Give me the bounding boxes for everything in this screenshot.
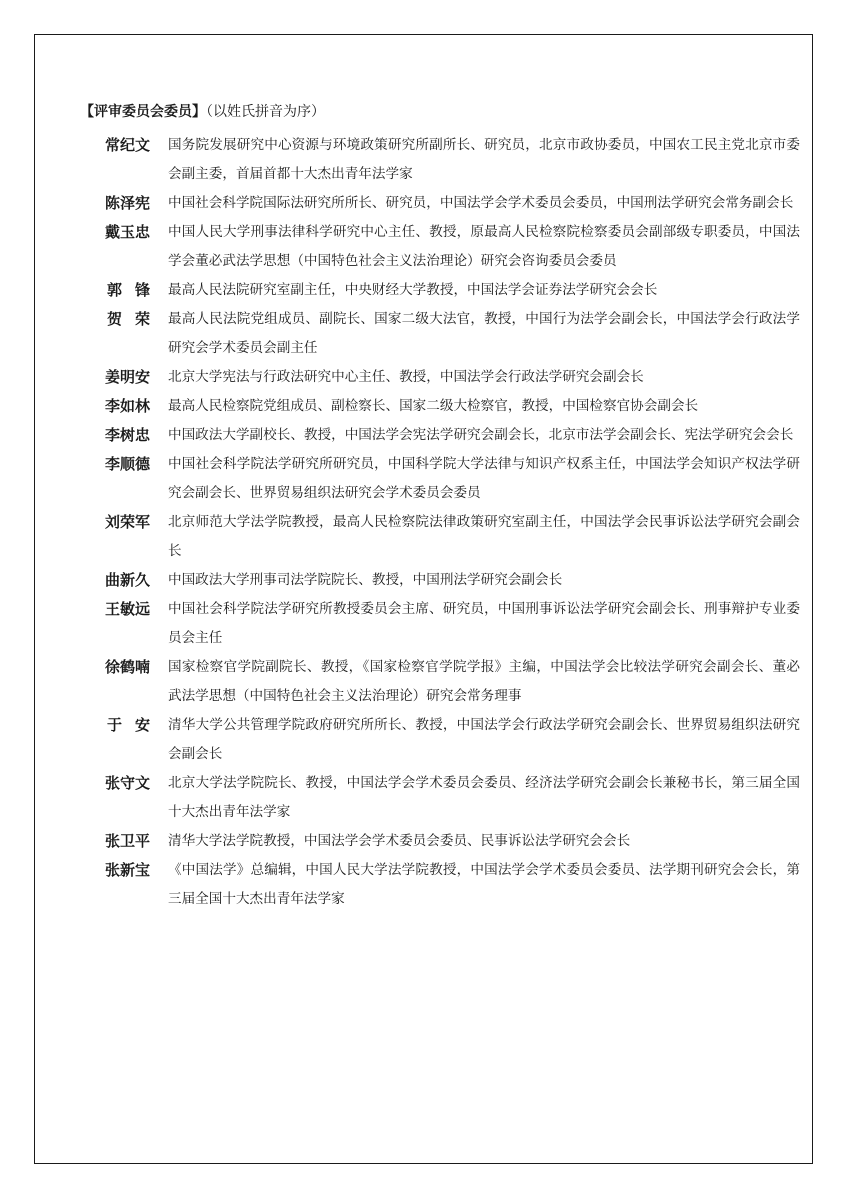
member-name: 李树忠 xyxy=(80,421,166,450)
member-entry: 戴玉忠 中国人民大学刑事法律科学研究中心主任、教授，原最高人民检察院检察委员会副… xyxy=(80,218,800,276)
member-entry: 郭锋 最高人民法院研究室副主任，中央财经大学教授，中国法学会证券法学研究会会长 xyxy=(80,276,800,305)
section-title: 【评审委员会委员】 xyxy=(80,104,206,120)
member-entry: 陈泽宪 中国社会科学院国际法研究所所长、研究员，中国法学会学术委员会委员，中国刑… xyxy=(80,189,800,218)
member-entry: 曲新久 中国政法大学刑事司法学院院长、教授，中国刑法学研究会副会长 xyxy=(80,566,800,595)
member-description: 最高人民检察院党组成员、副检察长、国家二级大检察官，教授，中国检察官协会副会长 xyxy=(166,392,800,421)
member-name: 曲新久 xyxy=(80,566,166,595)
member-description: 清华大学公共管理学院政府研究所所长、教授，中国法学会行政法学研究会副会长、世界贸… xyxy=(166,711,800,769)
member-entry: 刘荣军 北京师范大学法学院教授，最高人民检察院法律政策研究室副主任，中国法学会民… xyxy=(80,508,800,566)
ordering-note: （以姓氏拼音为序） xyxy=(206,104,325,120)
committee-member-list: 常纪文 国务院发展研究中心资源与环境政策研究所副所长、研究员，北京市政协委员，中… xyxy=(80,131,800,914)
member-description: 中国社会科学院国际法研究所所长、研究员，中国法学会学术委员会委员，中国刑法学研究… xyxy=(166,189,800,218)
member-entry: 常纪文 国务院发展研究中心资源与环境政策研究所副所长、研究员，北京市政协委员，中… xyxy=(80,131,800,189)
member-entry: 李树忠 中国政法大学副校长、教授，中国法学会宪法学研究会副会长，北京市法学会副会… xyxy=(80,421,800,450)
member-entry: 贺荣 最高人民法院党组成员、副院长、国家二级大法官，教授，中国行为法学会副会长，… xyxy=(80,305,800,363)
member-name: 姜明安 xyxy=(80,363,166,392)
member-name: 于安 xyxy=(80,711,166,740)
member-description: 最高人民法院研究室副主任，中央财经大学教授，中国法学会证券法学研究会会长 xyxy=(166,276,800,305)
member-description: 中国政法大学副校长、教授，中国法学会宪法学研究会副会长，北京市法学会副会长、宪法… xyxy=(166,421,800,450)
member-name: 张守文 xyxy=(80,769,166,798)
member-name: 王敏远 xyxy=(80,595,166,624)
member-description: 中国社会科学院法学研究所教授委员会主席、研究员，中国刑事诉讼法学研究会副会长、刑… xyxy=(166,595,800,653)
member-name: 张新宝 xyxy=(80,856,166,885)
member-name: 郭锋 xyxy=(80,276,166,305)
member-entry: 李顺德 中国社会科学院法学研究所研究员，中国科学院大学法律与知识产权系主任，中国… xyxy=(80,450,800,508)
member-description: 中国人民大学刑事法律科学研究中心主任、教授，原最高人民检察院检察委员会副部级专职… xyxy=(166,218,800,276)
member-description: 清华大学法学院教授，中国法学会学术委员会委员、民事诉讼法学研究会会长 xyxy=(166,827,800,856)
member-description: 北京师范大学法学院教授，最高人民检察院法律政策研究室副主任，中国法学会民事诉讼法… xyxy=(166,508,800,566)
member-description: 国务院发展研究中心资源与环境政策研究所副所长、研究员，北京市政协委员，中国农工民… xyxy=(166,131,800,189)
member-name: 张卫平 xyxy=(80,827,166,856)
member-name: 常纪文 xyxy=(80,131,166,160)
member-name: 陈泽宪 xyxy=(80,189,166,218)
member-entry: 李如林 最高人民检察院党组成员、副检察长、国家二级大检察官，教授，中国检察官协会… xyxy=(80,392,800,421)
member-entry: 张卫平 清华大学法学院教授，中国法学会学术委员会委员、民事诉讼法学研究会会长 xyxy=(80,827,800,856)
member-name: 贺荣 xyxy=(80,305,166,334)
member-entry: 徐鹤喃 国家检察官学院副院长、教授，《国家检察官学院学报》主编，中国法学会比较法… xyxy=(80,653,800,711)
member-description: 北京大学法学院院长、教授，中国法学会学术委员会委员、经济法学研究会副会长兼秘书长… xyxy=(166,769,800,827)
member-description: 中国政法大学刑事司法学院院长、教授，中国刑法学研究会副会长 xyxy=(166,566,800,595)
member-name: 刘荣军 xyxy=(80,508,166,537)
member-description: 北京大学宪法与行政法研究中心主任、教授，中国法学会行政法学研究会副会长 xyxy=(166,363,800,392)
member-entry: 姜明安 北京大学宪法与行政法研究中心主任、教授，中国法学会行政法学研究会副会长 xyxy=(80,363,800,392)
section-heading: 【评审委员会委员】（以姓氏拼音为序） xyxy=(80,100,325,124)
member-name: 徐鹤喃 xyxy=(80,653,166,682)
member-name: 戴玉忠 xyxy=(80,218,166,247)
member-description: 最高人民法院党组成员、副院长、国家二级大法官，教授，中国行为法学会副会长，中国法… xyxy=(166,305,800,363)
member-name: 李顺德 xyxy=(80,450,166,479)
member-description: 《中国法学》总编辑，中国人民大学法学院教授，中国法学会学术委员会委员、法学期刊研… xyxy=(166,856,800,914)
member-description: 中国社会科学院法学研究所研究员，中国科学院大学法律与知识产权系主任，中国法学会知… xyxy=(166,450,800,508)
member-entry: 张守文 北京大学法学院院长、教授，中国法学会学术委员会委员、经济法学研究会副会长… xyxy=(80,769,800,827)
member-entry: 张新宝 《中国法学》总编辑，中国人民大学法学院教授，中国法学会学术委员会委员、法… xyxy=(80,856,800,914)
member-name: 李如林 xyxy=(80,392,166,421)
member-entry: 王敏远 中国社会科学院法学研究所教授委员会主席、研究员，中国刑事诉讼法学研究会副… xyxy=(80,595,800,653)
member-description: 国家检察官学院副院长、教授，《国家检察官学院学报》主编，中国法学会比较法学研究会… xyxy=(166,653,800,711)
member-entry: 于安 清华大学公共管理学院政府研究所所长、教授，中国法学会行政法学研究会副会长、… xyxy=(80,711,800,769)
